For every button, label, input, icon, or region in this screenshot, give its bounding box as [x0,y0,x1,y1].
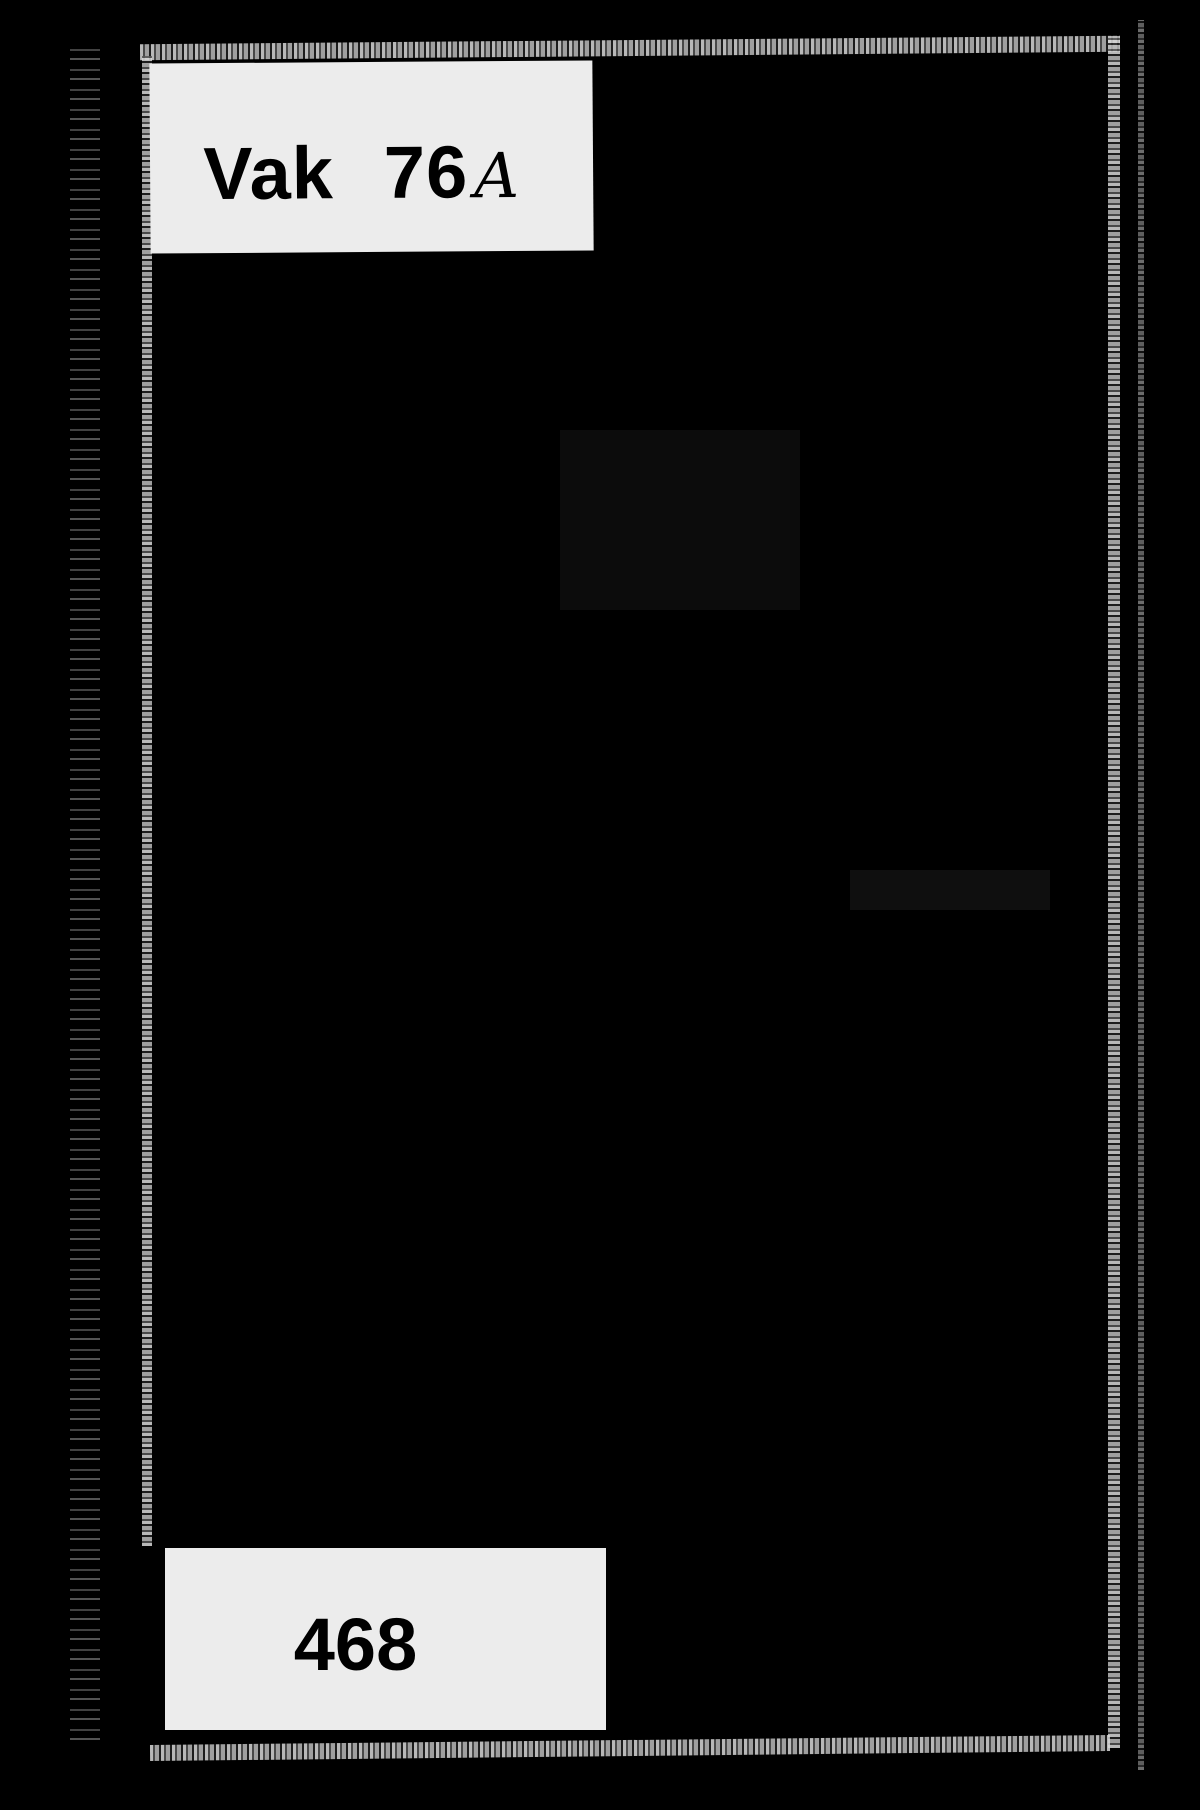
label-handwritten-suffix: A [474,138,520,211]
label-number: 76 [384,130,469,214]
label-prefix: Vak [203,131,334,215]
frame-border-right [1108,36,1120,1748]
frame-border-bottom [150,1735,1110,1761]
shelf-label-bottom: 468 [165,1548,606,1730]
shelf-label-top: Vak76A [149,60,593,253]
cover-texture [850,870,1050,910]
frame-border-top [140,36,1120,61]
frame-border-left [142,56,152,1546]
outer-edge-right [1138,20,1144,1770]
volume-number: 468 [294,1602,417,1687]
cover-texture [560,430,800,610]
spine-edge-left [70,40,100,1740]
book-cover-scan: Vak76A 468 [0,0,1200,1810]
shelf-label-text: Vak76A [203,128,520,215]
